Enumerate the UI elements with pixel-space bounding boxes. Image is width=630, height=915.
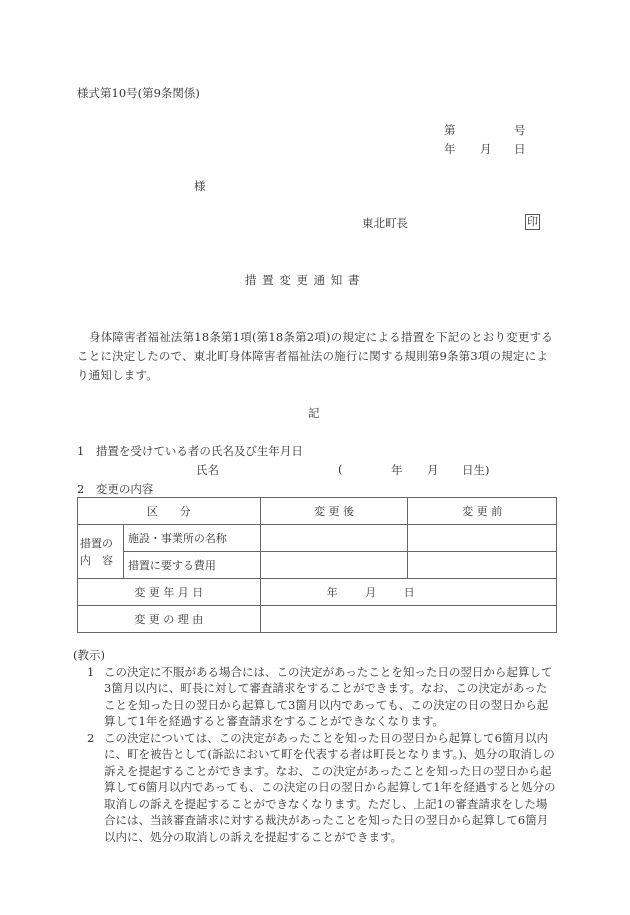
- notice-section: (教示) 1 この決定に不服がある場合には、この決定があったことを知った日の翌日…: [77, 647, 557, 845]
- date-month: 月: [480, 141, 492, 157]
- header-after: 変 更 後: [260, 498, 408, 525]
- change-date-day: 日: [404, 584, 415, 600]
- change-table: 区 分 変 更 後 変 更 前 措置の 内 容 施設・事業所の名称 措置に要する…: [77, 497, 557, 633]
- ki-marker: 記: [308, 405, 320, 421]
- birth-open: (: [338, 462, 343, 476]
- change-reason-label: 変 更 の 理 由: [78, 606, 261, 633]
- notice-item-number: 2: [77, 730, 104, 846]
- group-label-line1: 措置の: [80, 535, 121, 552]
- cost-after-field[interactable]: [260, 552, 408, 579]
- table-row: 変 更 年 月 日 年 月 日: [78, 579, 557, 606]
- document-title: 措 置 変 更 通 知 書: [245, 272, 360, 288]
- header-before: 変 更 前: [408, 498, 557, 525]
- table-row: 変 更 の 理 由: [78, 606, 557, 633]
- seal-mark: 印: [525, 214, 540, 230]
- seal-icon: 印: [525, 214, 540, 230]
- row-label-facility: 施設・事業所の名称: [123, 525, 260, 552]
- addressee-suffix: 様: [194, 178, 206, 194]
- group-label-line2: 内 容: [80, 552, 121, 569]
- header-category: 区 分: [78, 498, 261, 525]
- birth-year: 年: [391, 462, 403, 478]
- facility-after-field[interactable]: [260, 525, 408, 552]
- group-label: 措置の 内 容: [78, 525, 124, 579]
- number-suffix: 号: [514, 122, 526, 138]
- change-reason-field[interactable]: [260, 606, 556, 633]
- notice-heading: (教示): [73, 647, 557, 664]
- notice-item: 1 この決定に不服がある場合には、この決定があったことを知った日の翌日から起算し…: [77, 664, 557, 730]
- change-date-month: 月: [365, 584, 376, 600]
- name-label: 氏名: [196, 462, 219, 478]
- change-date-year: 年: [327, 584, 338, 600]
- body-text: 身体障害者福祉法第18条第1項(第18条第2項)の規定による措置を下記のとおり変…: [77, 328, 557, 385]
- section1-heading: 1 措置を受けている者の氏名及び生年月日: [77, 443, 303, 459]
- date-day: 日: [514, 141, 526, 157]
- date-year: 年: [444, 141, 456, 157]
- notice-item-text: この決定については、この決定があったことを知った日の翌日から起算して6箇月以内に…: [104, 730, 557, 846]
- row-label-cost: 措置に要する費用: [123, 552, 260, 579]
- notice-item: 2 この決定については、この決定があったことを知った日の翌日から起算して6箇月以…: [77, 730, 557, 846]
- cost-before-field[interactable]: [408, 552, 557, 579]
- facility-before-field[interactable]: [408, 525, 557, 552]
- section2-heading: 2 変更の内容: [77, 481, 153, 497]
- change-date-label: 変 更 年 月 日: [78, 579, 261, 606]
- sender-name: 東北町長: [362, 215, 408, 231]
- table-row: 措置に要する費用: [78, 552, 557, 579]
- table-header-row: 区 分 変 更 後 変 更 前: [78, 498, 557, 525]
- birth-month: 月: [427, 462, 439, 478]
- change-date-field[interactable]: 年 月 日: [260, 579, 556, 606]
- form-label: 様式第10号(第9条関係): [77, 85, 200, 101]
- birth-day: 日生): [462, 462, 490, 478]
- notice-item-text: この決定に不服がある場合には、この決定があったことを知った日の翌日から起算して3…: [104, 664, 557, 730]
- number-prefix: 第: [444, 122, 456, 138]
- table-row: 措置の 内 容 施設・事業所の名称: [78, 525, 557, 552]
- notice-item-number: 1: [77, 664, 104, 730]
